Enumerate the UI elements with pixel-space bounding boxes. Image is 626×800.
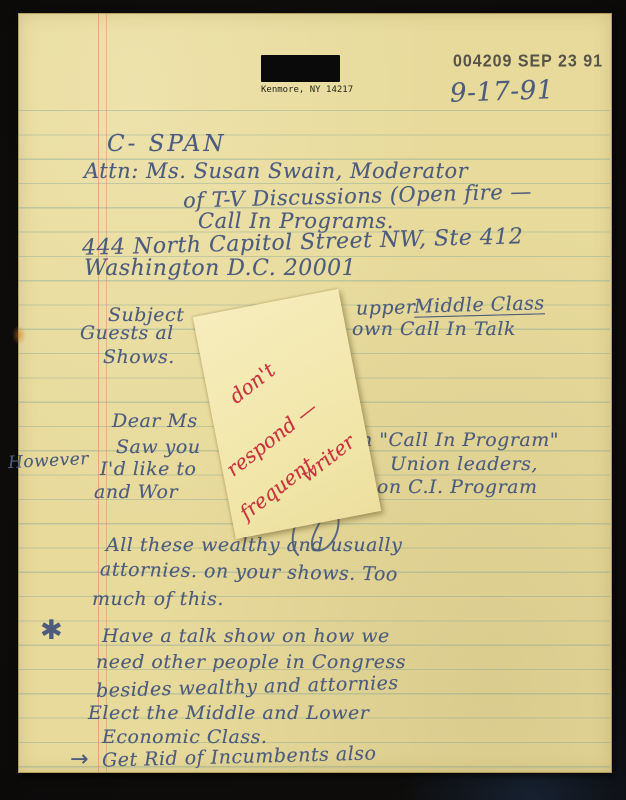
- handwritten-date: 9-17-91: [450, 75, 555, 109]
- body-fragment: n "Call In Program": [360, 429, 559, 451]
- subject-fragment: Shows.: [103, 346, 175, 368]
- letter-page: Kenmore, NY 14217 004209 SEP 23 91 9-17-…: [18, 13, 612, 773]
- received-date-stamp: 004209 SEP 23 91: [453, 52, 603, 71]
- redaction-bar: [261, 55, 340, 82]
- subject-fragment: Guests al: [80, 322, 174, 344]
- body-line: Have a talk show on how we: [102, 625, 390, 647]
- recipient-attn: Attn: Ms. Susan Swain, Moderator: [84, 159, 468, 183]
- photo-backdrop: Kenmore, NY 14217 004209 SEP 23 91 9-17-…: [0, 0, 626, 800]
- margin-insert-word: However: [8, 449, 90, 473]
- subject-fragment: upper: [356, 296, 416, 320]
- recipient-city: Washington D.C. 20001: [84, 256, 356, 281]
- salutation: Dear Ms: [112, 410, 198, 432]
- margin-arrow-mark: →: [70, 747, 89, 772]
- body-fragment: and Wor: [94, 481, 178, 503]
- subject-fragment-underlined: Middle Class: [414, 292, 545, 317]
- body-line: Elect the Middle and Lower: [88, 702, 369, 724]
- body-line: much of this.: [92, 588, 224, 610]
- body-line: All these wealthy and usually: [106, 534, 402, 556]
- body-line: Economic Class.: [102, 726, 267, 748]
- body-fragment: I'd like to: [100, 458, 196, 480]
- sticky-note-line: don't: [225, 358, 280, 408]
- recipient-name: C- SPAN: [107, 131, 227, 157]
- body-line: need other people in Congress: [96, 651, 406, 673]
- age-spot: [12, 325, 26, 345]
- body-fragment: Saw you: [116, 436, 201, 458]
- body-fragment: Union leaders,: [390, 453, 538, 475]
- subject-fragment: own Call In Talk: [352, 318, 516, 340]
- margin-asterisk-mark: ✱: [40, 615, 63, 646]
- body-fragment: ts on C.I. Program: [352, 476, 538, 498]
- sender-location: Kenmore, NY 14217: [261, 85, 353, 95]
